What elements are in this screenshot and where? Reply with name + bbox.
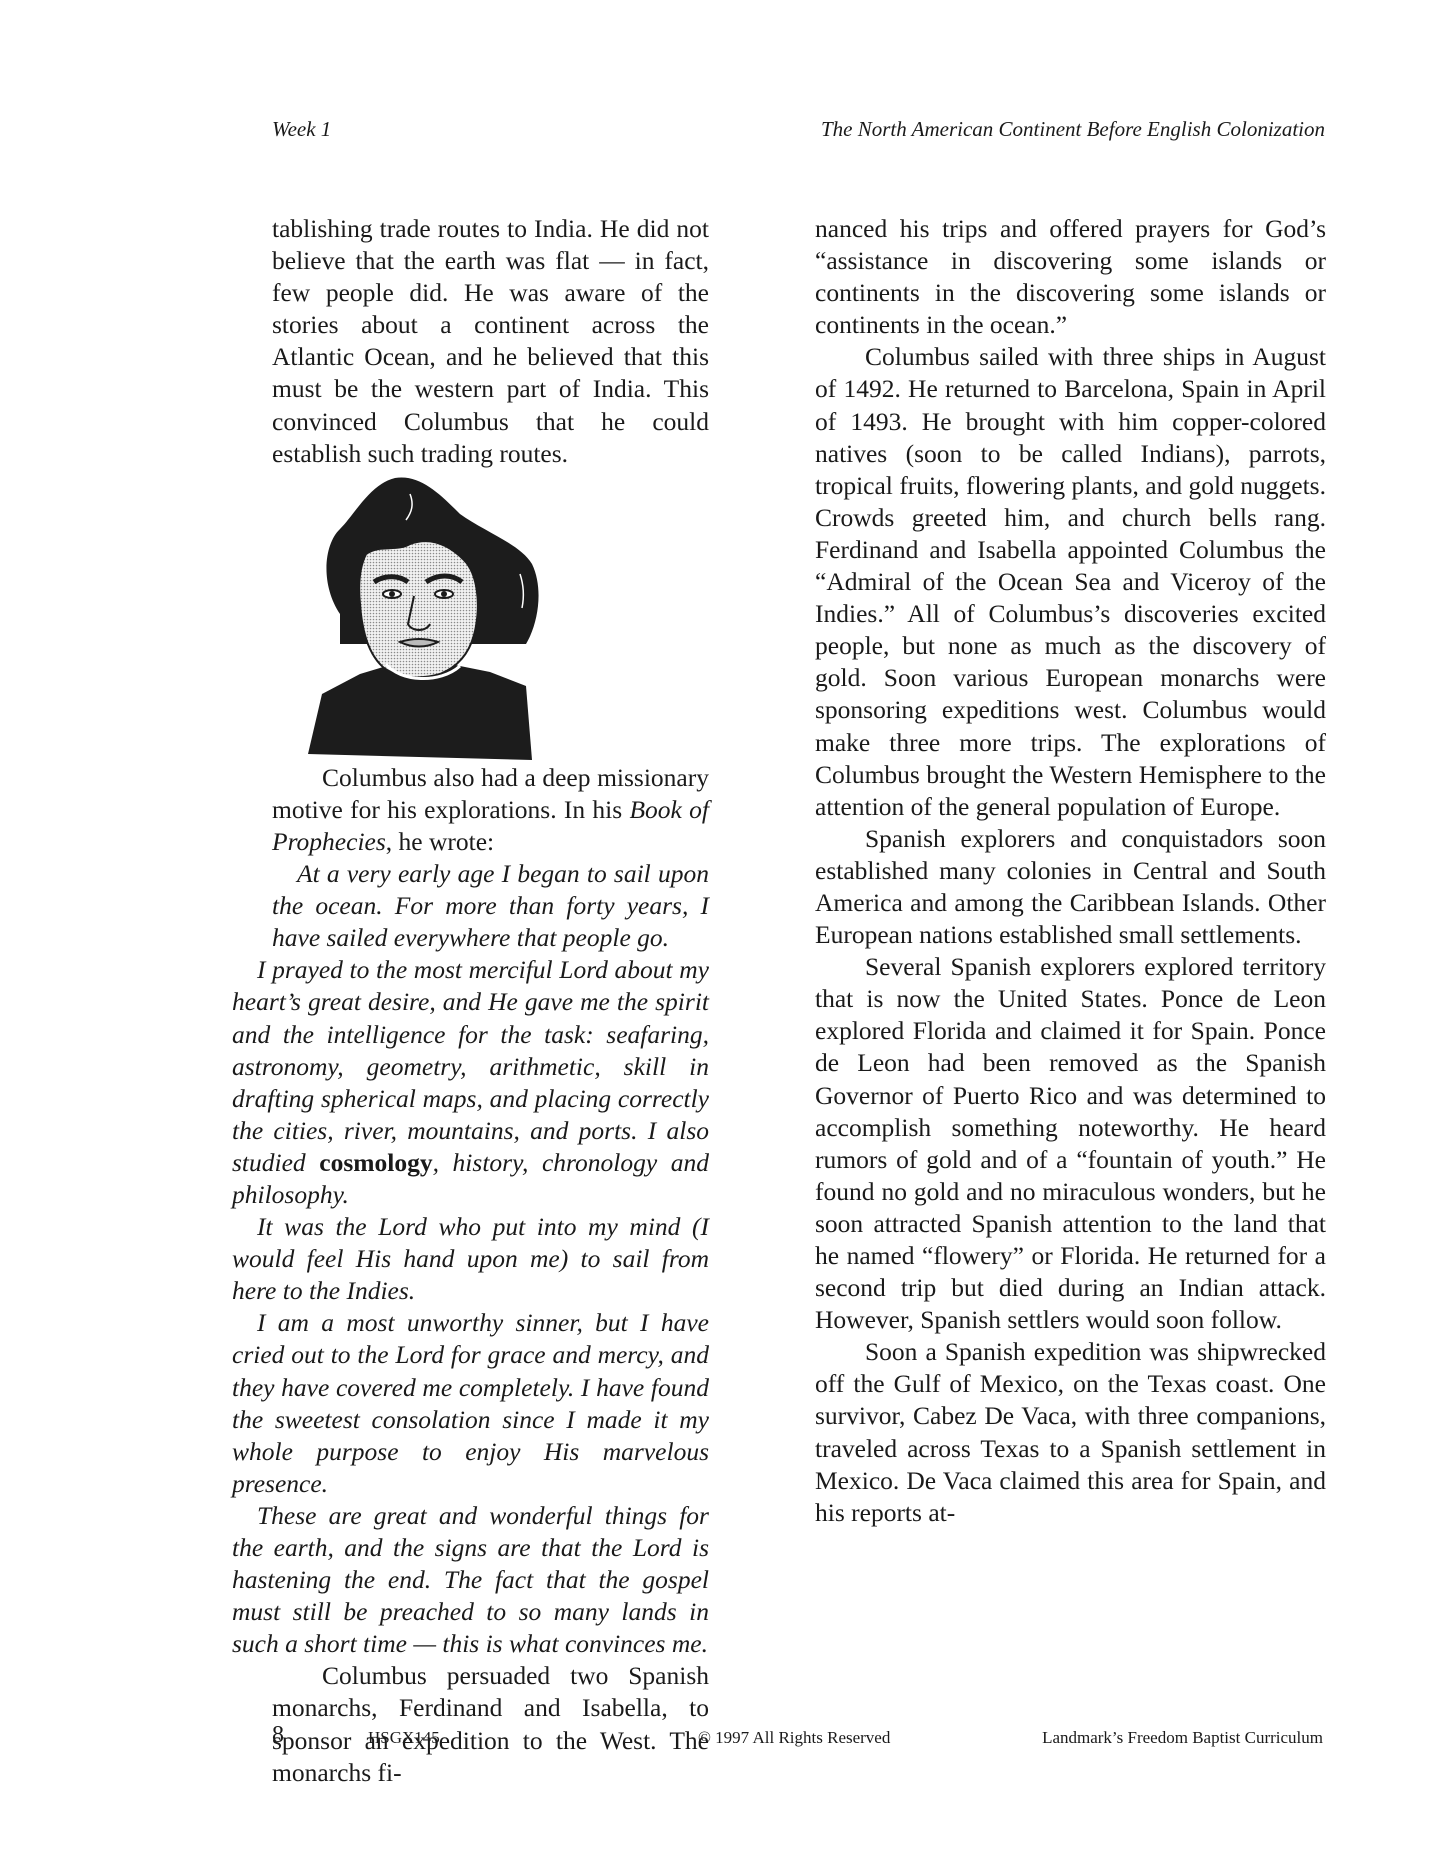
paragraph: tablishing trade routes to India. He did… [272, 213, 709, 470]
left-column: tablishing trade routes to India. He did… [272, 213, 709, 1789]
paragraph: Columbus persuaded two Spanish monarchs,… [272, 1660, 709, 1788]
running-header-week: Week 1 [272, 117, 331, 142]
running-header-title: The North American Continent Before Engl… [821, 117, 1325, 142]
page-number: 8 [272, 1722, 284, 1749]
bold-term: cosmology [319, 1148, 432, 1177]
publisher: Landmark’s Freedom Baptist Curriculum [1042, 1728, 1323, 1748]
course-code: HSGX145 [368, 1728, 440, 1748]
paragraph: nanced his trips and offered prayers for… [815, 213, 1326, 341]
paragraph: Soon a Spanish expedition was shipwrecke… [815, 1336, 1326, 1529]
copyright: © 1997 All Rights Reserved [698, 1728, 890, 1748]
quote-paragraph: At a very early age I began to sail upon… [272, 858, 709, 954]
quote-paragraph: These are great and wonderful things for… [232, 1500, 709, 1660]
right-column: nanced his trips and offered prayers for… [815, 213, 1326, 1529]
portrait-illustration-icon [300, 474, 570, 762]
quote-paragraph: I am a most unworthy sinner, but I have … [232, 1307, 709, 1500]
paragraph: Spanish explorers and conquistadors soon… [815, 823, 1326, 951]
columbus-portrait-image [300, 474, 570, 762]
quote-paragraph: It was the Lord who put into my mind (I … [232, 1211, 709, 1307]
quote-paragraph: I prayed to the most merciful Lord about… [232, 954, 709, 1211]
paragraph: Several Spanish explorers explored terri… [815, 951, 1326, 1336]
paragraph: Columbus sailed with three ships in Augu… [815, 341, 1326, 822]
